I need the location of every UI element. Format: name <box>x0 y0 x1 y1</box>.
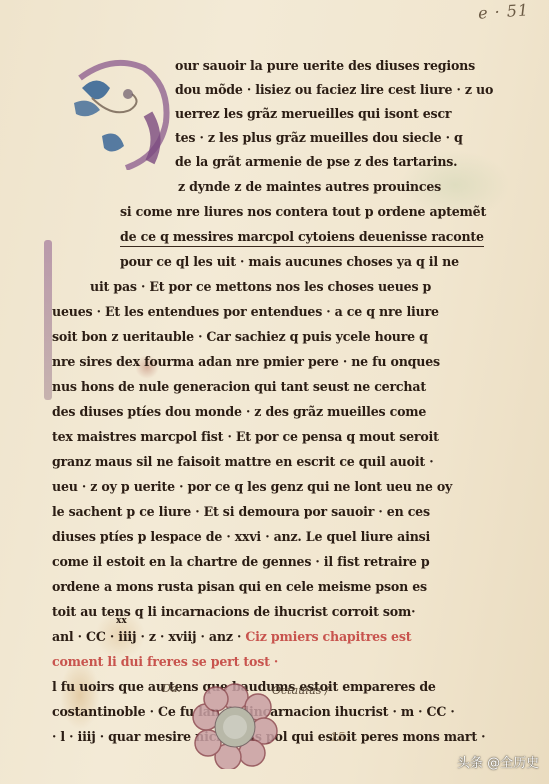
text-line: de la grãt armenie de pse z des tartarin… <box>175 153 457 171</box>
text-line: dou mõde · lisiez ou faciez lire cest li… <box>175 81 493 99</box>
margin-note-left: Da. <box>162 682 181 695</box>
text-segment: anl · CC · iiij · z · xviij · anz · <box>52 629 241 644</box>
text-line: ordene a mons rusta pisan qui en cele me… <box>52 578 427 596</box>
text-line: si come nre liures nos contera tout p or… <box>120 203 486 221</box>
text-line: nre sires dex fourma adan nre pmier pere… <box>52 353 440 371</box>
text-line: tex maistres marcpol fist · Et por ce pe… <box>52 428 439 446</box>
folio-mark: e · 51 <box>477 0 529 23</box>
text-line: our sauoir la pure uerite des diuses reg… <box>175 57 475 75</box>
text-line: diuses ptíes p lespace de · xxvi · anz. … <box>52 528 430 546</box>
text-line: pour ce ql les uit · mais aucunes choses… <box>120 253 459 271</box>
margin-number: 15 <box>330 730 345 744</box>
text-line: soit bon z ueritauble · Car sachiez q pu… <box>52 328 428 346</box>
text-line: z dynde z de maintes autres prouinces <box>178 178 441 196</box>
text-line: nus hons de nule generacion qui tant seu… <box>52 378 426 396</box>
illuminated-initial-icon <box>62 58 174 170</box>
rubric-line: coment li dui freres se pert tost · <box>52 653 278 671</box>
margin-flourish <box>44 240 52 400</box>
watermark: 头条 @全历史 <box>457 752 539 771</box>
text-line: ueu · z oy p uerite · por ce q les genz … <box>52 478 452 496</box>
text-line: ueues · Et les entendues por entendues ·… <box>52 303 439 321</box>
text-line: tes · z les plus grãz mueilles dou siecl… <box>175 129 463 147</box>
text-line: uit pas · Et por ce mettons nos les chos… <box>90 278 431 296</box>
text-line: toit au tens q li incarnacions de ihucri… <box>52 603 415 621</box>
margin-note-right: Octauius / <box>272 684 329 697</box>
text-line: uerrez les grãz merueilles qui isont esc… <box>175 105 451 123</box>
text-line: granz maus sil ne faisoit mattre en escr… <box>52 453 433 471</box>
text-line: des diuses ptíes dou monde · z des grãz … <box>52 403 426 421</box>
rubric-segment: Ciz pmiers chapitres est <box>241 629 411 644</box>
text-line: come il estoit en la chartre de gennes ·… <box>52 553 430 571</box>
interlinear-numeral: xx <box>116 616 127 626</box>
manuscript-page: e · 51 our sauoir la pure uerite des diu… <box>0 0 549 784</box>
text-line: le sachent p ce liure · Et si demoura po… <box>52 503 430 521</box>
text-line: de ce q messires marcpol cytoiens deueni… <box>120 228 484 247</box>
text-line-with-rubric: anl · CC · iiij · z · xviij · anz · Ciz … <box>52 628 411 646</box>
rosette-stamp-icon <box>192 683 278 769</box>
